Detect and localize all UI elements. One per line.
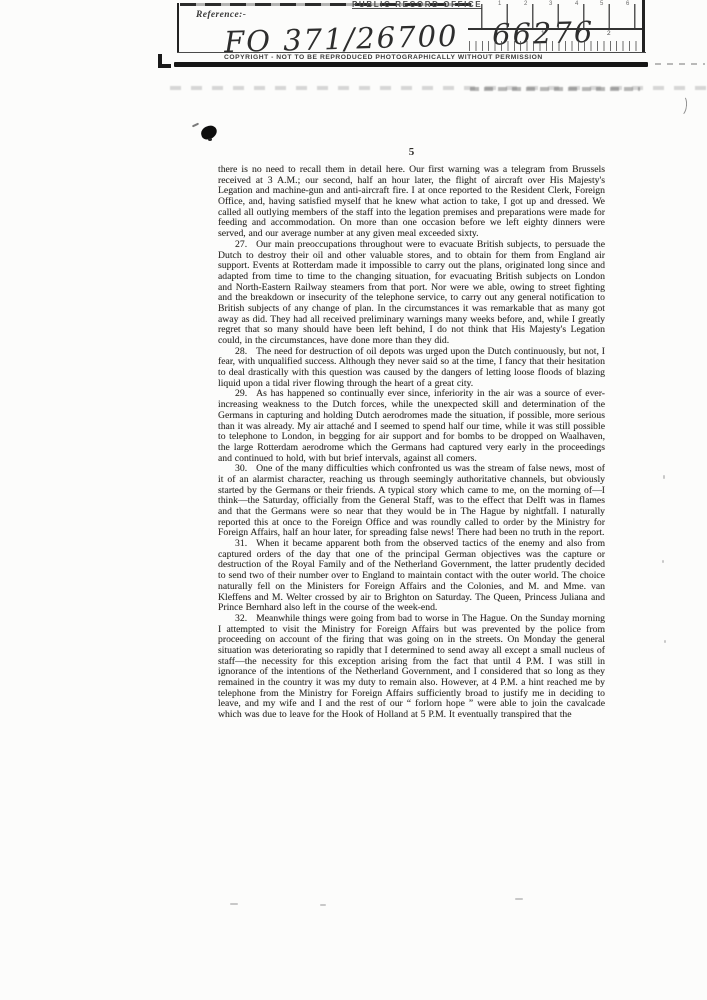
copyright-notice: COPYRIGHT - NOT TO BE REPRODUCED PHOTOGR…: [224, 54, 543, 61]
ruler-label: 4: [575, 1, 578, 7]
paragraph-number: 32.: [235, 613, 256, 624]
reference-label: Reference:-: [196, 10, 246, 20]
scan-speck: [320, 904, 326, 906]
ruler-label: 1: [498, 1, 501, 7]
paragraph-number: 27.: [235, 239, 256, 250]
public-record-office-title: PUBLIC RECORD OFFICE: [352, 0, 482, 9]
pen-mark: [675, 94, 688, 116]
paragraph-number: 30.: [235, 463, 256, 474]
measurement-ruler: 1 2 3 4 5 6 1 2: [468, 0, 646, 52]
ruler-label: 2: [524, 1, 527, 7]
ink-blot: [192, 123, 199, 128]
paragraph-text: One of the many difficulties which confr…: [218, 463, 605, 538]
scan-speck: [664, 640, 666, 643]
ruler-label: 6: [626, 1, 629, 7]
document-text: there is no need to recall them in detai…: [218, 165, 605, 721]
paragraph: 32.Meanwhile things were going from bad …: [218, 614, 605, 721]
stamp-box-left-border: [177, 3, 179, 53]
ruler-ticks-cm: [481, 4, 641, 28]
paragraph-text: As has happened so continually ever sinc…: [218, 388, 605, 463]
paragraph: 28.The need for destruction of oil depot…: [218, 347, 605, 390]
paragraph-text: there is no need to recall them in detai…: [218, 164, 605, 239]
paragraph: there is no need to recall them in detai…: [218, 165, 605, 240]
page-number: 5: [218, 146, 605, 158]
ruler-label: 2: [607, 30, 611, 37]
ruler-label: 3: [549, 1, 552, 7]
ink-blot: [208, 138, 212, 141]
paragraph: 30.One of the many difficulties which co…: [218, 464, 605, 539]
scan-smudge-line: [470, 87, 640, 91]
paragraph-text: Meanwhile things were going from bad to …: [218, 613, 605, 720]
corner-mark: [158, 64, 171, 68]
paragraph: 31.When it became apparent both from the…: [218, 539, 605, 614]
paragraph-text: Our main preoccupations throughout were …: [218, 239, 605, 346]
scan-speck: [515, 898, 523, 900]
ruler-label: 1: [541, 30, 545, 37]
paragraph-number: 29.: [235, 388, 256, 399]
stamp-black-bar: [174, 62, 648, 67]
scanned-document: { "stamp": { "office": "PUBLIC RECORD OF…: [0, 0, 707, 1000]
scan-speck: [663, 475, 665, 479]
ruler-ticks-inch: [469, 41, 642, 51]
ruler-label: 5: [600, 1, 603, 7]
ruler-right-edge: [642, 0, 645, 52]
scan-smudge: [655, 63, 705, 65]
ruler-midline: [468, 28, 644, 30]
paragraph-text: When it became apparent both from the ob…: [218, 538, 605, 613]
scan-speck: [662, 560, 664, 563]
paragraph: 27.Our main preoccupations throughout we…: [218, 240, 605, 347]
paragraph-text: The need for destruction of oil depots w…: [218, 346, 605, 389]
paragraph: 29.As has happened so continually ever s…: [218, 389, 605, 464]
paragraph-number: 31.: [235, 538, 256, 549]
scan-speck: [230, 903, 238, 905]
